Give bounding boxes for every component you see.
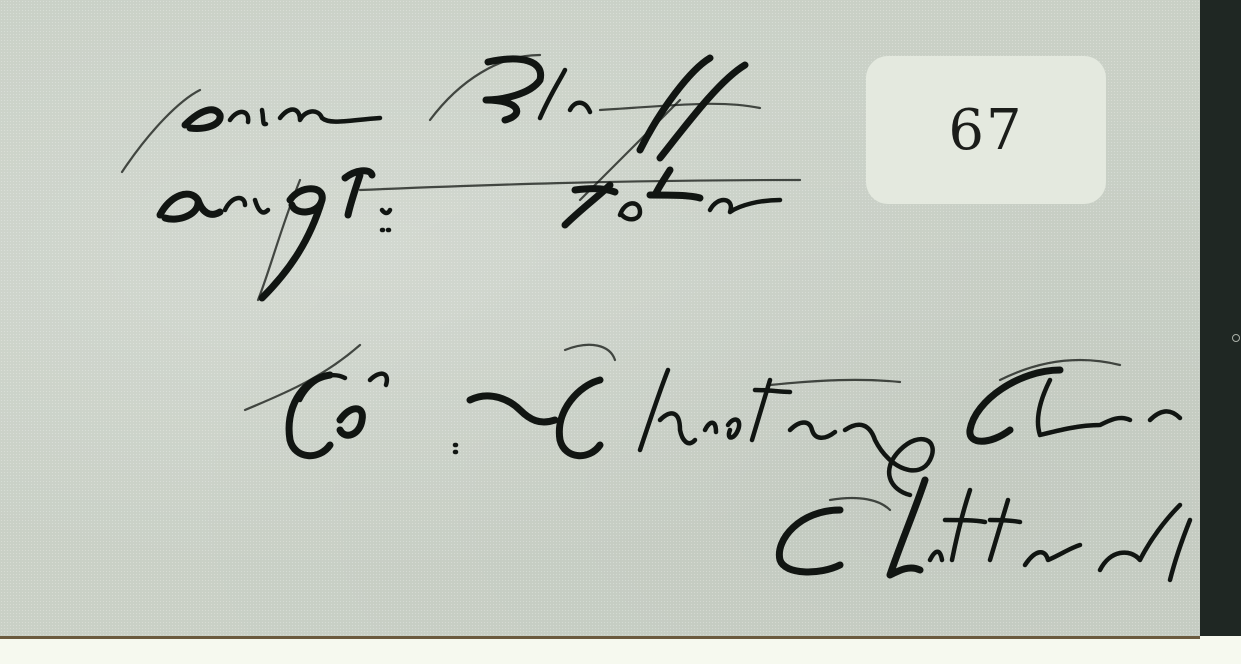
dark-mount-edge — [1200, 0, 1241, 636]
lot-number-label: 67 — [866, 56, 1106, 204]
page-margin — [0, 639, 1241, 664]
punch-hole — [1232, 334, 1240, 342]
city-handwriting — [779, 480, 1190, 580]
lot-number: 67 — [948, 98, 1023, 163]
addressee-handwriting — [245, 345, 1180, 495]
date-handwriting — [160, 170, 800, 300]
